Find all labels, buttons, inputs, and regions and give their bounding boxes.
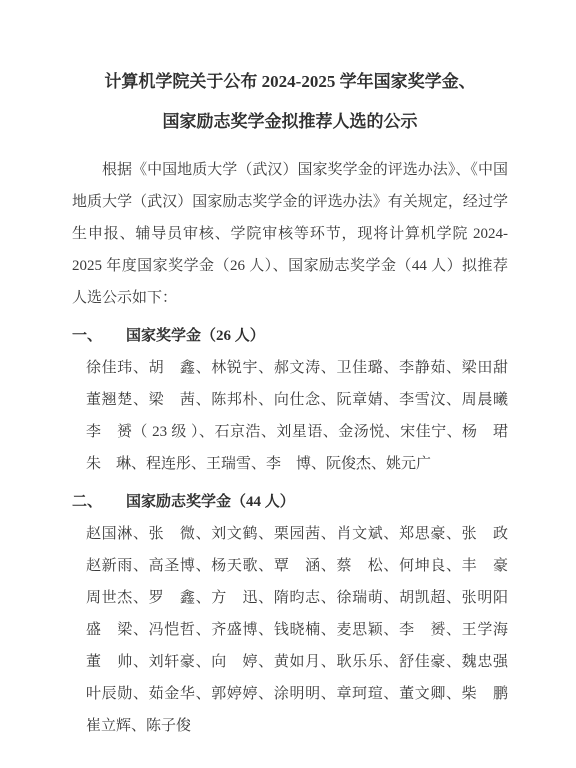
name-list: 赵国淋、张 微、刘文鹤、栗园茜、肖文斌、郑思豪、张 政 赵新雨、高圣博、杨天歌、…: [72, 518, 508, 742]
section-national-scholarship: 一、国家奖学金（26 人） 徐佳玮、胡 鑫、林锐宇、郝文涛、卫佳璐、李静茹、梁田…: [72, 320, 508, 480]
name-line: 李 赟（ 23 级 ）、石京浩、刘星语、金汤悦、宋佳宁、杨 珺: [86, 416, 508, 448]
section-title: 国家奖学金（26 人）: [126, 328, 265, 344]
name-line: 崔立辉、陈子俊: [86, 710, 508, 742]
section-heading: 二、国家励志奖学金（44 人）: [72, 486, 508, 518]
name-line: 赵国淋、张 微、刘文鹤、栗园茜、肖文斌、郑思豪、张 政: [86, 518, 508, 550]
section-heading: 一、国家奖学金（26 人）: [72, 320, 508, 352]
name-line: 徐佳玮、胡 鑫、林锐宇、郝文涛、卫佳璐、李静茹、梁田甜: [86, 352, 508, 384]
name-line: 赵新雨、高圣博、杨天歌、覃 涵、蔡 松、何坤良、丰 豪: [86, 550, 508, 582]
section-title: 国家励志奖学金（44 人）: [126, 494, 295, 510]
title-line-2: 国家励志奖学金拟推荐人选的公示: [72, 102, 508, 142]
section-number: 一、: [72, 320, 102, 352]
document-title: 计算机学院关于公布 2024-2025 学年国家奖学金、 国家励志奖学金拟推荐人…: [72, 62, 508, 142]
name-line: 董翘楚、梁 茜、陈邦朴、向仕念、阮章婧、李雪汶、周晨曦: [86, 384, 508, 416]
document-page: 计算机学院关于公布 2024-2025 学年国家奖学金、 国家励志奖学金拟推荐人…: [0, 0, 576, 768]
document-content: 计算机学院关于公布 2024-2025 学年国家奖学金、 国家励志奖学金拟推荐人…: [0, 0, 576, 742]
section-inspirational-scholarship: 二、国家励志奖学金（44 人） 赵国淋、张 微、刘文鹤、栗园茜、肖文斌、郑思豪、…: [72, 486, 508, 742]
name-line: 朱 琳、程连彤、王瑞雪、李 博、阮俊杰、姚元广: [86, 448, 508, 480]
title-line-1: 计算机学院关于公布 2024-2025 学年国家奖学金、: [72, 62, 508, 102]
name-list: 徐佳玮、胡 鑫、林锐宇、郝文涛、卫佳璐、李静茹、梁田甜 董翘楚、梁 茜、陈邦朴、…: [72, 352, 508, 480]
name-line: 董 帅、刘轩豪、向 婷、黄如月、耿乐乐、舒佳豪、魏忠强: [86, 646, 508, 678]
intro-paragraph: 根据《中国地质大学（武汉）国家奖学金的评选办法》、《中国地质大学（武汉）国家励志…: [72, 154, 508, 314]
section-number: 二、: [72, 486, 102, 518]
name-line: 盛 梁、冯恺哲、齐盛博、钱晓楠、麦思颖、李 赟、王学海: [86, 614, 508, 646]
name-line: 叶辰勋、茹金华、郭婷婷、涂明明、章珂瑄、董文卿、柴 鹏: [86, 678, 508, 710]
name-line: 周世杰、罗 鑫、方 迅、隋昀志、徐瑞萌、胡凯超、张明阳: [86, 582, 508, 614]
